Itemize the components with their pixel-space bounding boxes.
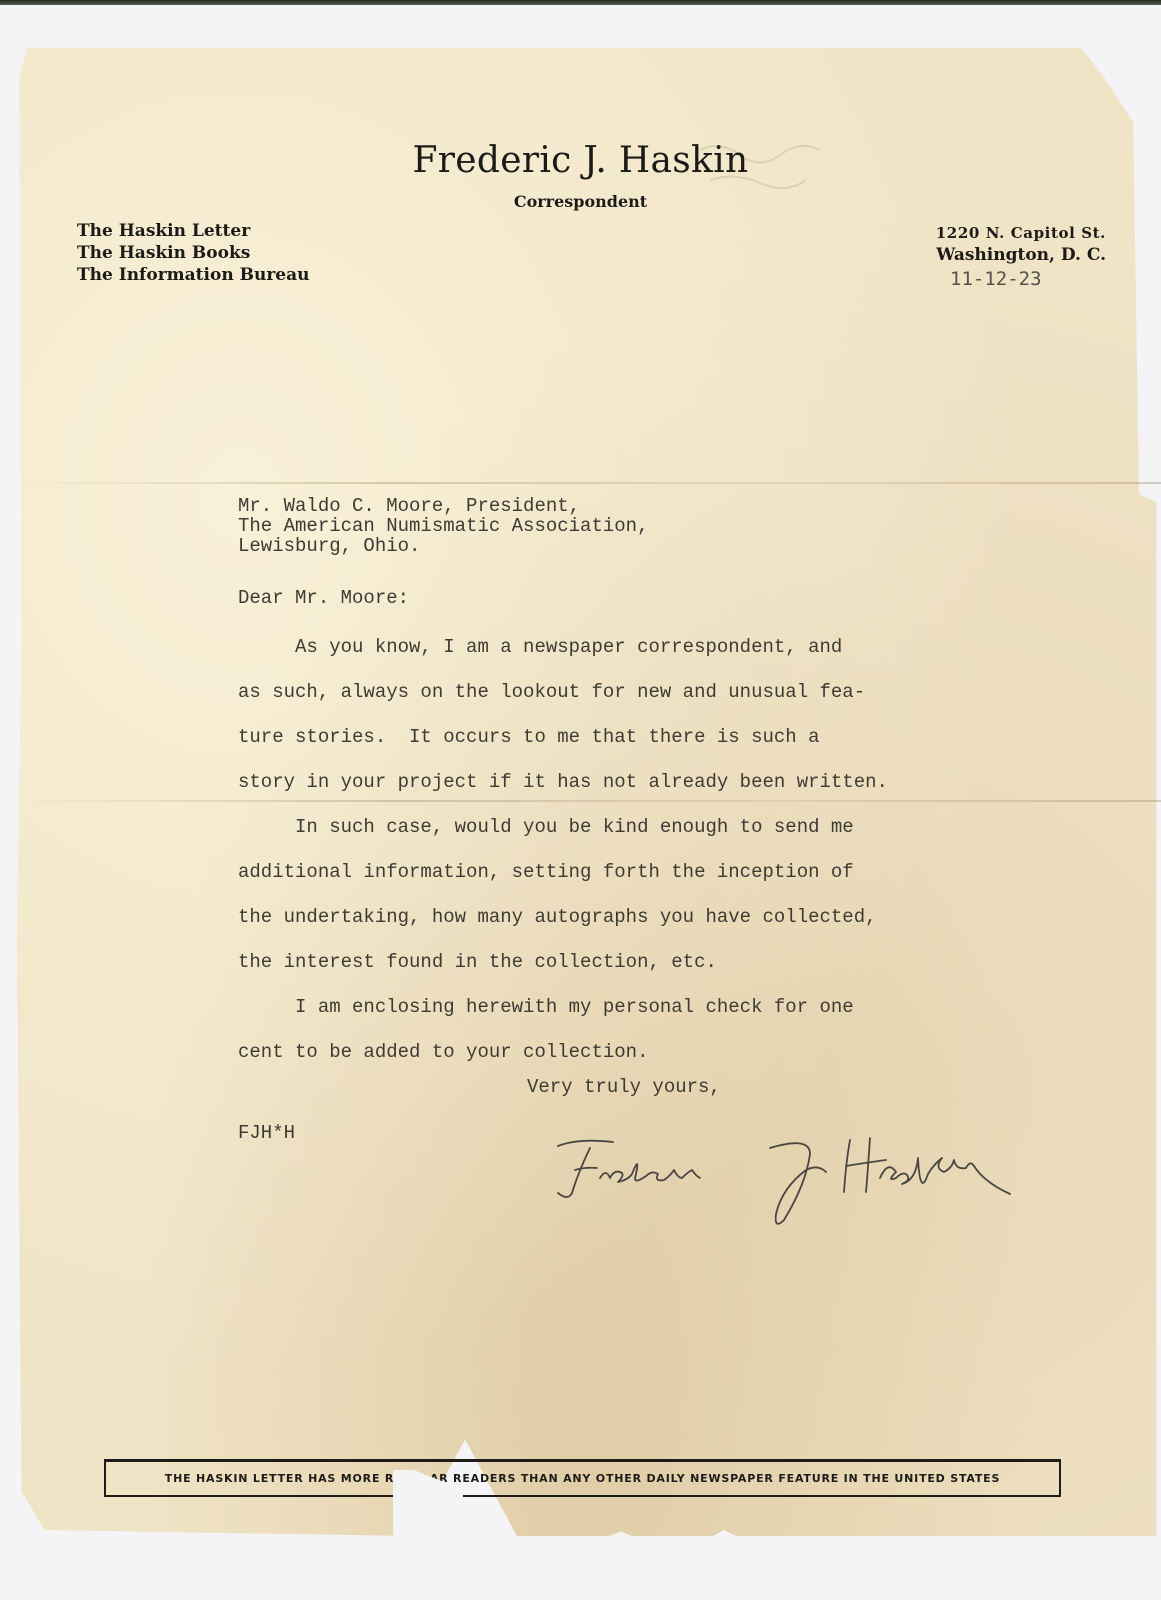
handwritten-signature [550,1118,1070,1228]
body-paragraph-3: I am enclosing herewith my personal chec… [238,985,854,1075]
city-address: Washington, D. C. [936,244,1106,266]
letter-date: 11-12-23 [950,268,1042,290]
fold-crease-upper [10,482,1161,484]
footer-banner: THE HASKIN LETTER HAS MORE REGULAR READE… [104,1459,1061,1497]
torn-paper-edge [393,1470,463,1600]
publication-line: The Information Bureau [77,264,309,286]
body-line: As you know, I am a newspaper correspond… [238,625,888,670]
address-line: Lewisburg, Ohio. [238,536,648,556]
address-line: Mr. Waldo C. Moore, President, [238,496,648,516]
body-line: the interest found in the collection, et… [238,940,877,985]
body-paragraph-2: In such case, would you be kind enough t… [238,805,877,985]
closing: Very truly yours, [527,1076,721,1098]
body-line: story in your project if it has not alre… [238,760,888,805]
body-line: I am enclosing herewith my personal chec… [238,985,854,1030]
body-line: as such, always on the lookout for new a… [238,670,888,715]
body-line: the undertaking, how many autographs you… [238,895,877,940]
body-line: cent to be added to your collection. [238,1030,854,1075]
street-address: 1220 N. Capitol St. [936,222,1106,244]
body-line: In such case, would you be kind enough t… [238,805,877,850]
salutation: Dear Mr. Moore: [238,587,409,609]
scan-top-edge [0,0,1161,5]
body-line: additional information, setting forth th… [238,850,877,895]
letterhead-publications: The Haskin Letter The Haskin Books The I… [77,220,309,286]
publication-line: The Haskin Letter [77,220,309,242]
letterhead-title: Correspondent [0,192,1161,211]
letterhead-name: Frederic J. Haskin [0,140,1161,181]
address-line: The American Numismatic Association, [238,516,648,536]
recipient-address: Mr. Waldo C. Moore, President,The Americ… [238,496,648,556]
letterhead-address: 1220 N. Capitol St. Washington, D. C. [936,222,1106,266]
typist-initials: FJH*H [238,1122,295,1144]
body-line: ture stories. It occurs to me that there… [238,715,888,760]
publication-line: The Haskin Books [77,242,309,264]
body-paragraph-1: As you know, I am a newspaper correspond… [238,625,888,805]
